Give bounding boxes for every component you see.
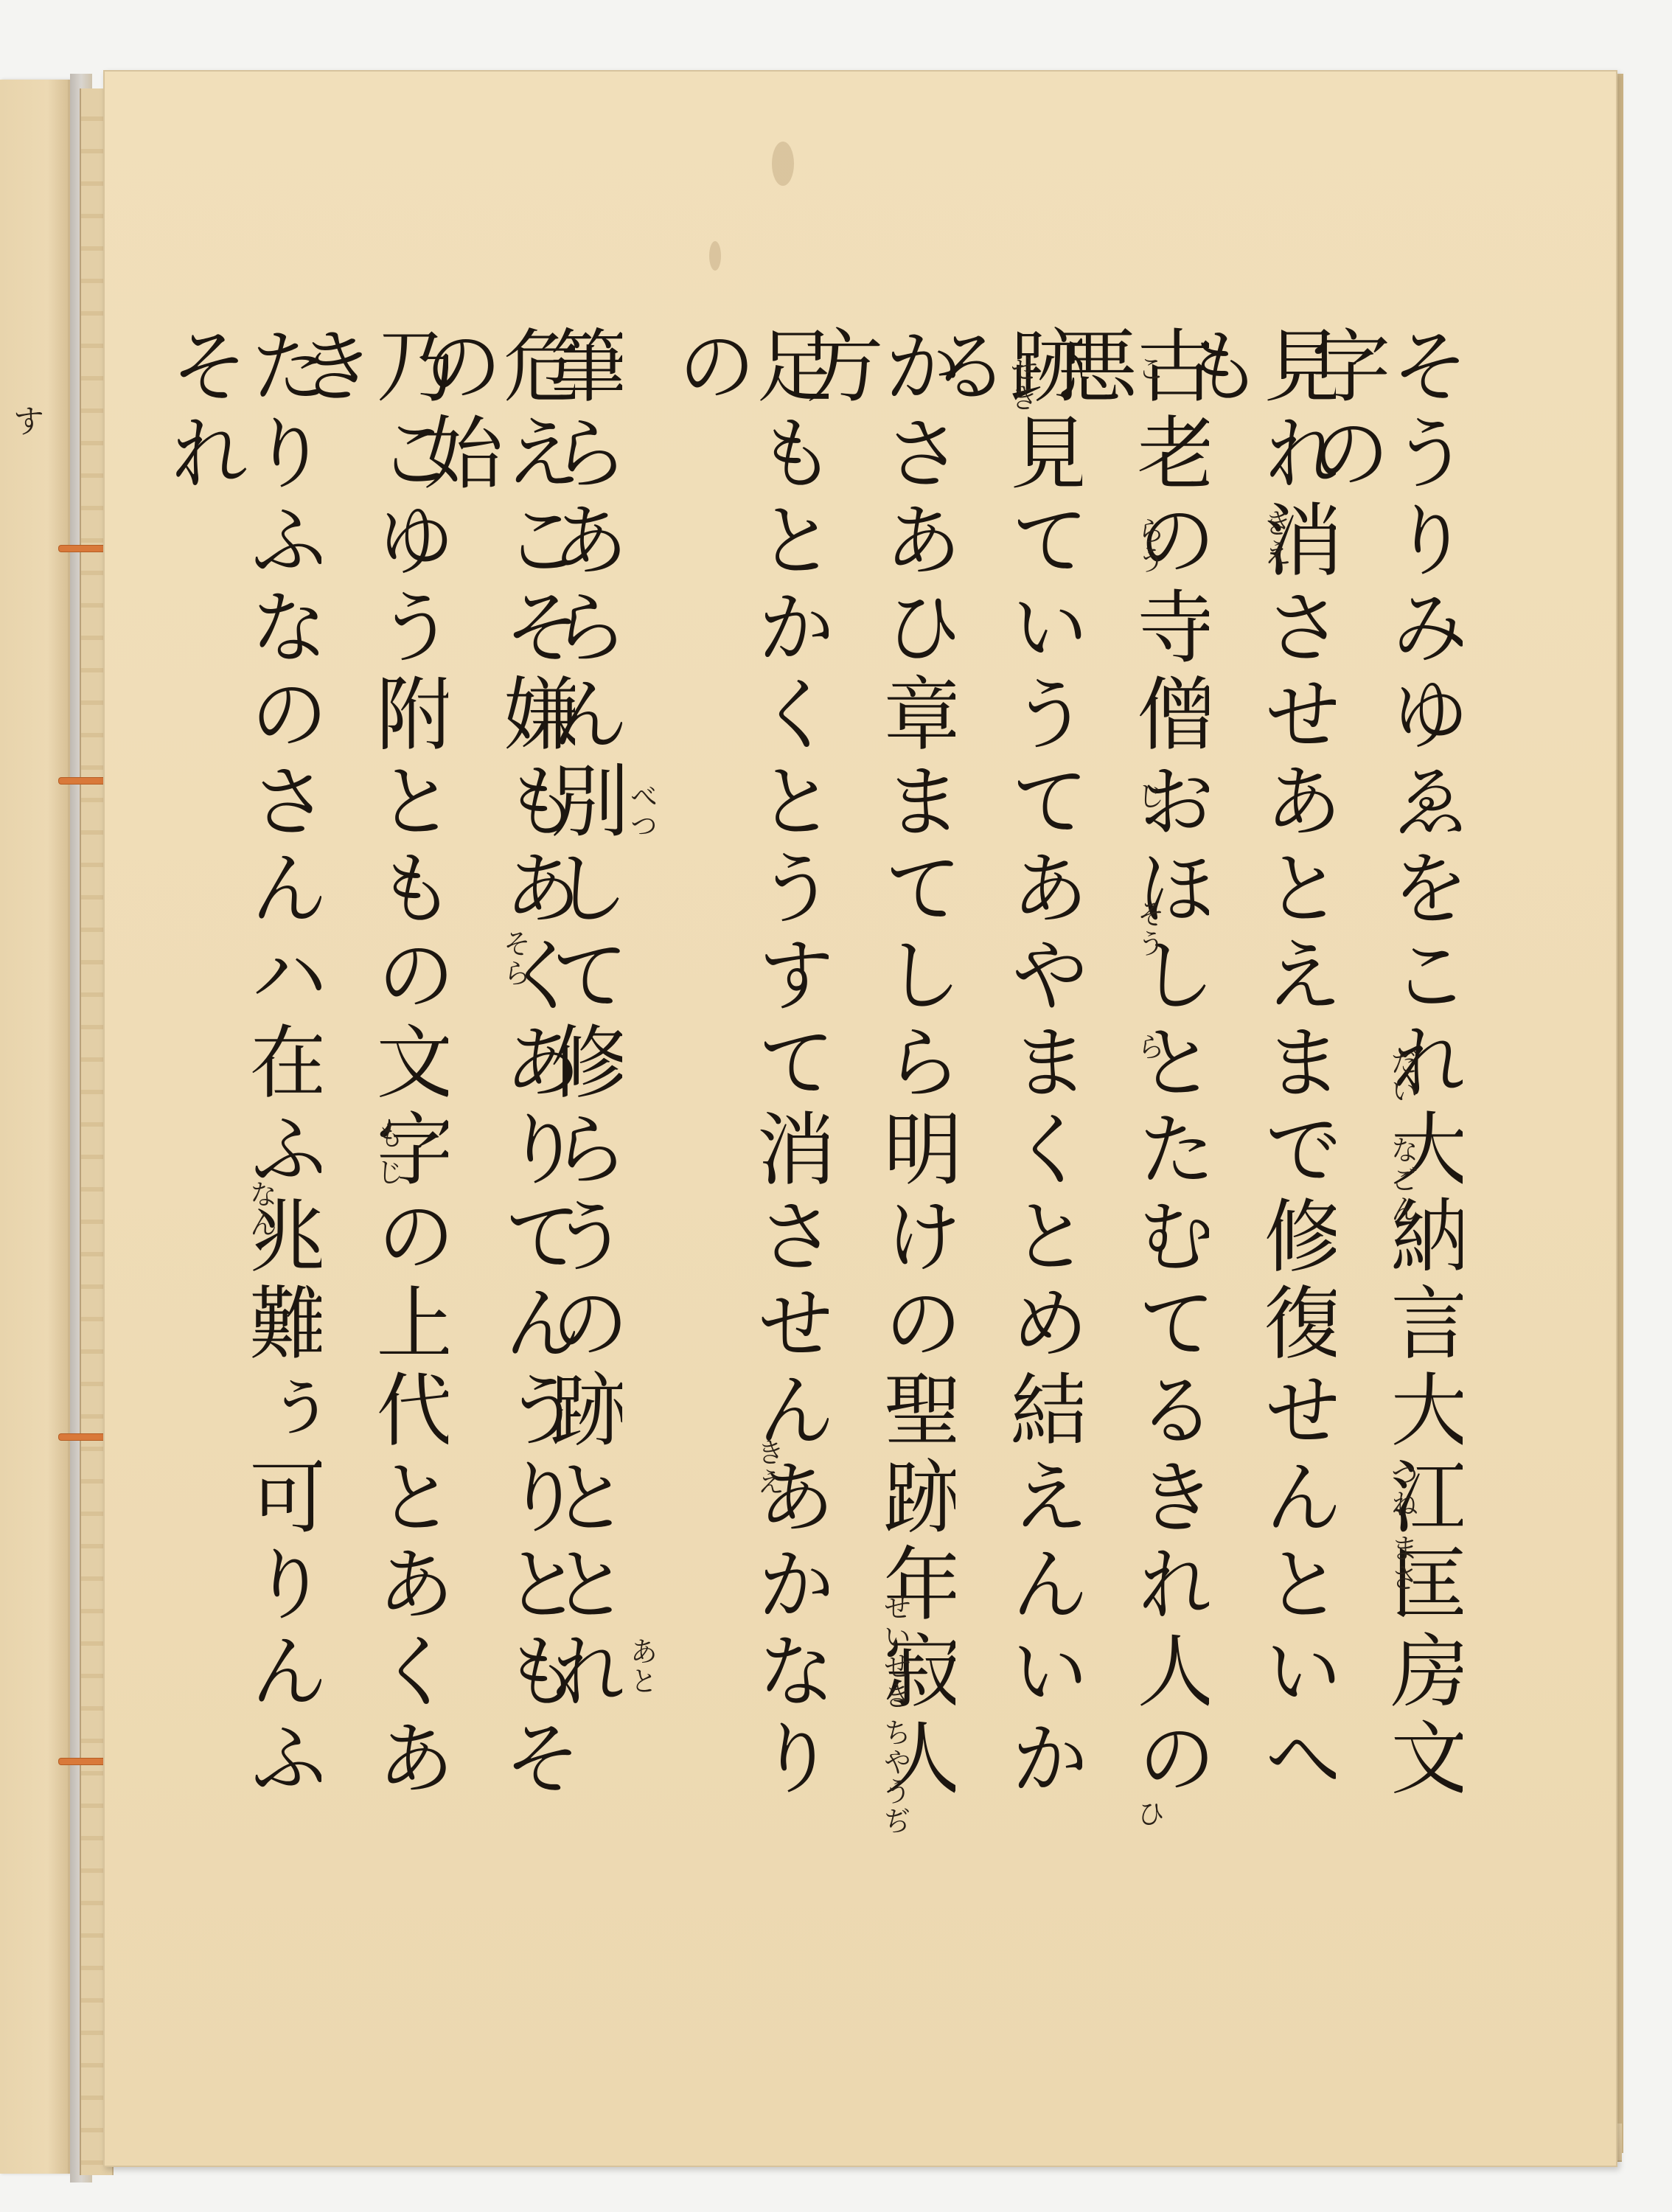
previous-page-glyph: す	[1, 404, 49, 437]
furigana: そう	[1135, 900, 1163, 959]
furigana: せい	[881, 1593, 909, 1652]
furigana: ちやう	[881, 1718, 909, 1806]
furigana: なごん	[1388, 1135, 1416, 1224]
furigana: も	[374, 1121, 402, 1150]
paper-stain	[772, 142, 794, 186]
column-text: たりふなのさんハ在ふ兆難ぅ可りんふそれ	[162, 324, 321, 1858]
furigana: じ	[1135, 782, 1163, 811]
previous-page-fragment: す	[0, 80, 70, 2174]
furigana: ぢ	[881, 1806, 909, 1836]
furigana: せき	[881, 1652, 909, 1711]
furigana: つね	[1388, 1460, 1416, 1519]
furigana: きえ	[754, 1438, 782, 1497]
furigana: そら	[501, 929, 529, 988]
furigana: きえ	[1261, 509, 1289, 568]
furigana: ら	[1135, 1032, 1163, 1062]
furigana: こ	[1135, 354, 1163, 383]
furigana: せき	[1008, 354, 1036, 413]
furigana: あと	[627, 1637, 655, 1696]
furigana: じ	[374, 1158, 402, 1187]
furigana: ひ	[1135, 1799, 1163, 1829]
text-column-6: 足もとかくとうすて消させんあかなりの きえ	[655, 324, 781, 1858]
furigana: なん	[247, 1180, 275, 1239]
text-columns: そうりみゆゑをこれ大納言大江匡房文字の だい なごん つね まさ 見れ消させあと…	[147, 324, 1415, 1858]
paper-stain	[709, 241, 721, 271]
furigana: らう	[1135, 516, 1163, 575]
furigana: べつ	[627, 782, 655, 841]
column-text: 足もとかくとうすて消させんあかなりの	[669, 324, 829, 1858]
furigana: まさ	[1388, 1534, 1416, 1593]
text-column-10: たりふなのさんハ在ふ兆難ぅ可りんふそれ なん	[147, 324, 274, 1858]
furigana: だい	[1388, 1047, 1416, 1106]
